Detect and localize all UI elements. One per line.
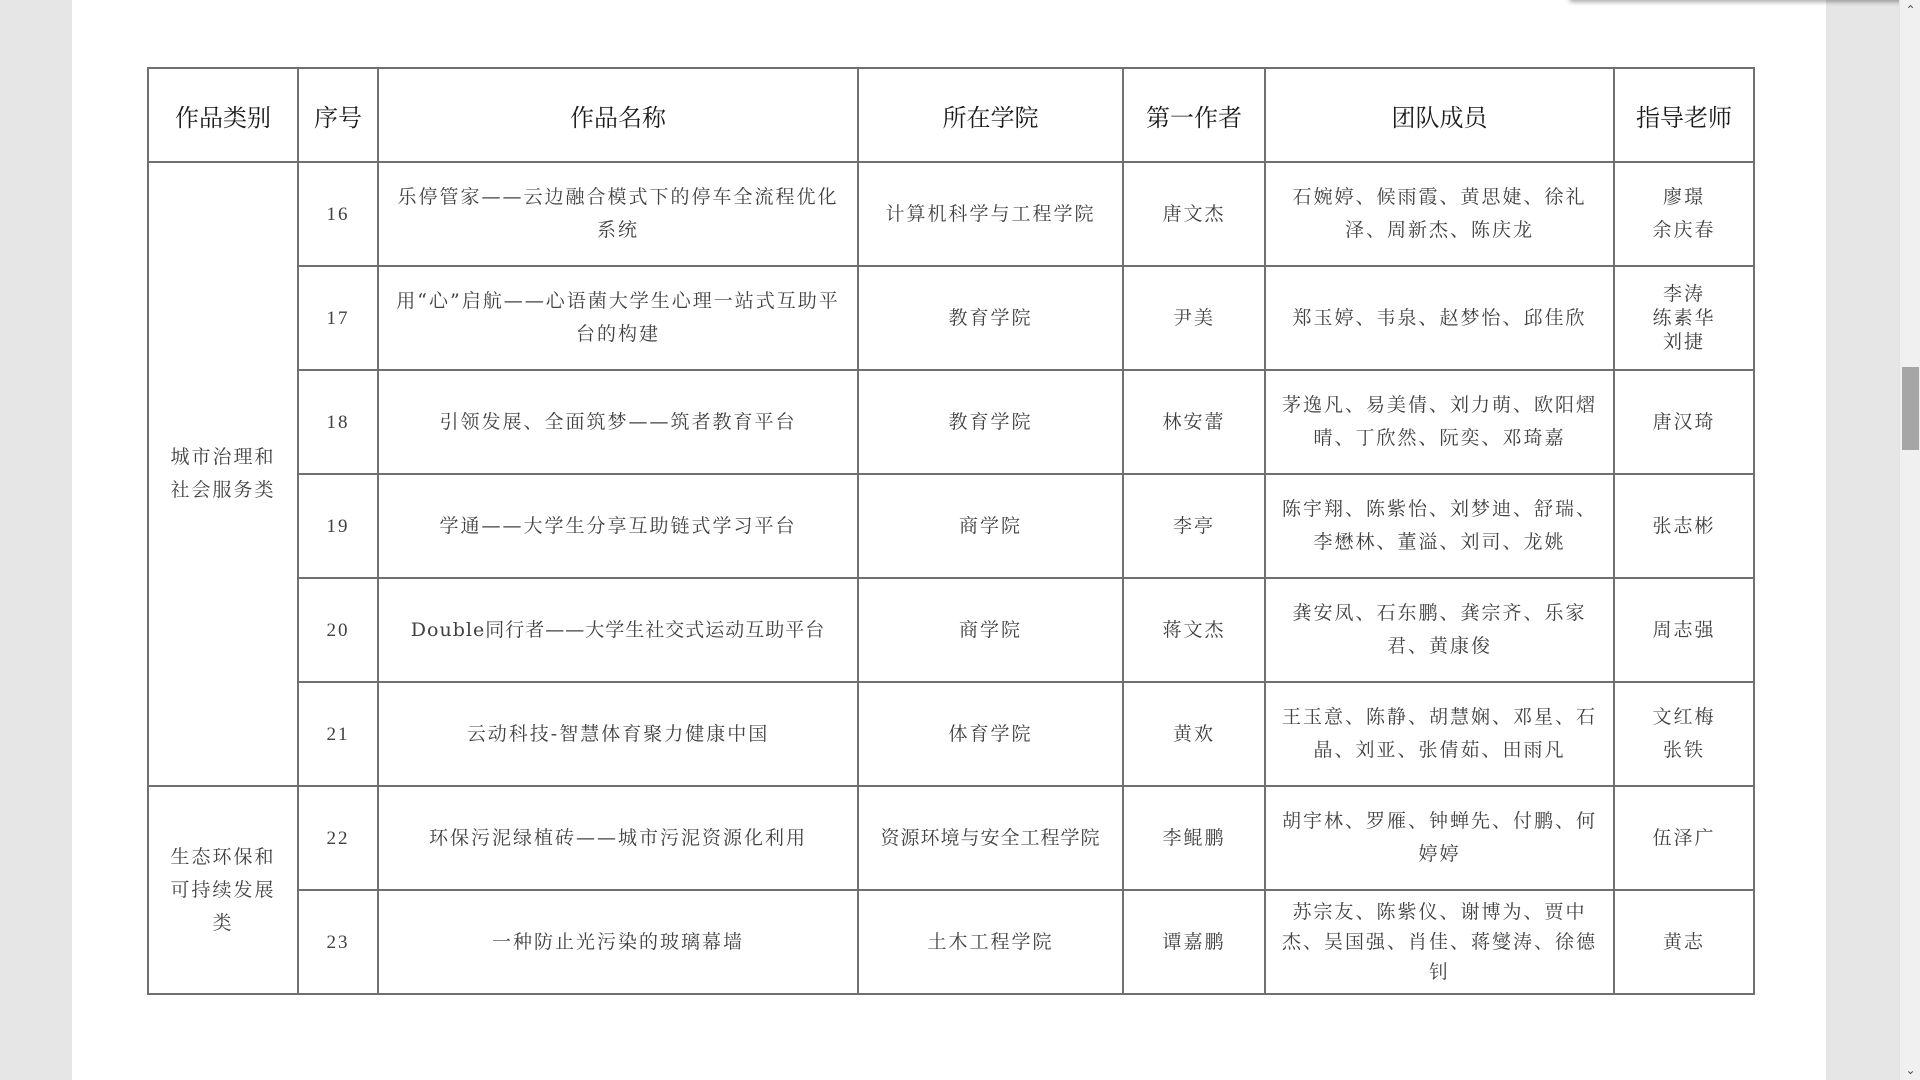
scroll-thumb[interactable] bbox=[1902, 367, 1919, 450]
category-cell: 城市治理和 社会服务类 bbox=[148, 162, 298, 786]
table-row: 17 用“心”启航——心语菌大学生心理一站式互助平台的构建 教育学院 尹美 郑玉… bbox=[148, 266, 1754, 370]
row-number: 18 bbox=[298, 370, 378, 474]
row-advisors: 文红梅张铁 bbox=[1614, 682, 1754, 786]
table-row: 23 一种防止光污染的玻璃幕墙 土木工程学院 谭嘉鹏 苏宗友、陈紫仪、谢博为、贾… bbox=[148, 890, 1754, 994]
scroll-down-arrow-icon[interactable]: ⌄ bbox=[1900, 1060, 1920, 1080]
header-college: 所在学院 bbox=[858, 68, 1123, 162]
row-number: 23 bbox=[298, 890, 378, 994]
row-college: 商学院 bbox=[858, 578, 1123, 682]
row-number: 16 bbox=[298, 162, 378, 266]
row-college: 体育学院 bbox=[858, 682, 1123, 786]
row-advisors: 周志强 bbox=[1614, 578, 1754, 682]
row-advisors: 唐汉琦 bbox=[1614, 370, 1754, 474]
header-first-author: 第一作者 bbox=[1123, 68, 1265, 162]
document-page: 作品类别 序号 作品名称 所在学院 第一作者 团队成员 指导老师 城市治理和 社… bbox=[72, 0, 1826, 1080]
row-advisors: 伍泽广 bbox=[1614, 786, 1754, 890]
row-college: 教育学院 bbox=[858, 266, 1123, 370]
row-number: 22 bbox=[298, 786, 378, 890]
header-advisors: 指导老师 bbox=[1614, 68, 1754, 162]
scroll-up-arrow-icon[interactable]: ⌃ bbox=[1900, 0, 1920, 20]
table-row: 20 Double同行者——大学生社交式运动互助平台 商学院 蒋文杰 龚安凤、石… bbox=[148, 578, 1754, 682]
table-row: 城市治理和 社会服务类 16 乐停管家——云边融合模式下的停车全流程优化系统 计… bbox=[148, 162, 1754, 266]
table-row: 21 云动科技-智慧体育聚力健康中国 体育学院 黄欢 王玉意、陈静、胡慧娴、邓星… bbox=[148, 682, 1754, 786]
row-advisors: 张志彬 bbox=[1614, 474, 1754, 578]
table-row: 18 引领发展、全面筑梦——筑者教育平台 教育学院 林安蕾 茅逸凡、易美倩、刘力… bbox=[148, 370, 1754, 474]
row-college: 土木工程学院 bbox=[858, 890, 1123, 994]
row-college: 计算机科学与工程学院 bbox=[858, 162, 1123, 266]
row-members: 茅逸凡、易美倩、刘力萌、欧阳熠晴、丁欣然、阮奕、邓琦嘉 bbox=[1265, 370, 1614, 474]
row-title: 一种防止光污染的玻璃幕墙 bbox=[378, 890, 858, 994]
row-title: 引领发展、全面筑梦——筑者教育平台 bbox=[378, 370, 858, 474]
row-advisors: 廖璟余庆春 bbox=[1614, 162, 1754, 266]
row-title: 用“心”启航——心语菌大学生心理一站式互助平台的构建 bbox=[378, 266, 858, 370]
row-first-author: 林安蕾 bbox=[1123, 370, 1265, 474]
row-members: 胡宇林、罗雁、钟蝉先、付鹏、何婷婷 bbox=[1265, 786, 1614, 890]
row-members: 苏宗友、陈紫仪、谢博为、贾中杰、吴国强、肖佳、蒋燮涛、徐德钊 bbox=[1265, 890, 1614, 994]
row-title: 环保污泥绿植砖——城市污泥资源化利用 bbox=[378, 786, 858, 890]
row-number: 21 bbox=[298, 682, 378, 786]
row-number: 20 bbox=[298, 578, 378, 682]
row-number: 19 bbox=[298, 474, 378, 578]
header-number: 序号 bbox=[298, 68, 378, 162]
table-header-row: 作品类别 序号 作品名称 所在学院 第一作者 团队成员 指导老师 bbox=[148, 68, 1754, 162]
row-first-author: 谭嘉鹏 bbox=[1123, 890, 1265, 994]
awards-table: 作品类别 序号 作品名称 所在学院 第一作者 团队成员 指导老师 城市治理和 社… bbox=[147, 67, 1755, 995]
row-title: 乐停管家——云边融合模式下的停车全流程优化系统 bbox=[378, 162, 858, 266]
row-first-author: 黄欢 bbox=[1123, 682, 1265, 786]
category-cell: 生态环保和 可持续发展 类 bbox=[148, 786, 298, 994]
row-members: 石婉婷、候雨霞、黄思婕、徐礼泽、周新杰、陈庆龙 bbox=[1265, 162, 1614, 266]
row-members: 郑玉婷、韦泉、赵梦怡、邱佳欣 bbox=[1265, 266, 1614, 370]
row-number: 17 bbox=[298, 266, 378, 370]
row-title: Double同行者——大学生社交式运动互助平台 bbox=[378, 578, 858, 682]
row-first-author: 李亭 bbox=[1123, 474, 1265, 578]
header-category: 作品类别 bbox=[148, 68, 298, 162]
row-advisors: 李涛练素华刘捷 bbox=[1614, 266, 1754, 370]
row-college: 资源环境与安全工程学院 bbox=[858, 786, 1123, 890]
row-college: 商学院 bbox=[858, 474, 1123, 578]
row-members: 龚安凤、石东鹏、龚宗齐、乐家君、黄康俊 bbox=[1265, 578, 1614, 682]
vertical-scrollbar[interactable]: ⌃ ⌄ bbox=[1899, 0, 1920, 1080]
row-members: 王玉意、陈静、胡慧娴、邓星、石晶、刘亚、张倩茹、田雨凡 bbox=[1265, 682, 1614, 786]
row-members: 陈宇翔、陈紫怡、刘梦迪、舒瑞、李懋林、董溢、刘司、龙姚 bbox=[1265, 474, 1614, 578]
row-title: 云动科技-智慧体育聚力健康中国 bbox=[378, 682, 858, 786]
row-title: 学通——大学生分享互助链式学习平台 bbox=[378, 474, 858, 578]
row-first-author: 蒋文杰 bbox=[1123, 578, 1265, 682]
table-row: 19 学通——大学生分享互助链式学习平台 商学院 李亭 陈宇翔、陈紫怡、刘梦迪、… bbox=[148, 474, 1754, 578]
row-advisors: 黄志 bbox=[1614, 890, 1754, 994]
row-first-author: 李鲲鹏 bbox=[1123, 786, 1265, 890]
row-college: 教育学院 bbox=[858, 370, 1123, 474]
header-members: 团队成员 bbox=[1265, 68, 1614, 162]
table-row: 生态环保和 可持续发展 类 22 环保污泥绿植砖——城市污泥资源化利用 资源环境… bbox=[148, 786, 1754, 890]
row-first-author: 尹美 bbox=[1123, 266, 1265, 370]
row-first-author: 唐文杰 bbox=[1123, 162, 1265, 266]
header-title: 作品名称 bbox=[378, 68, 858, 162]
